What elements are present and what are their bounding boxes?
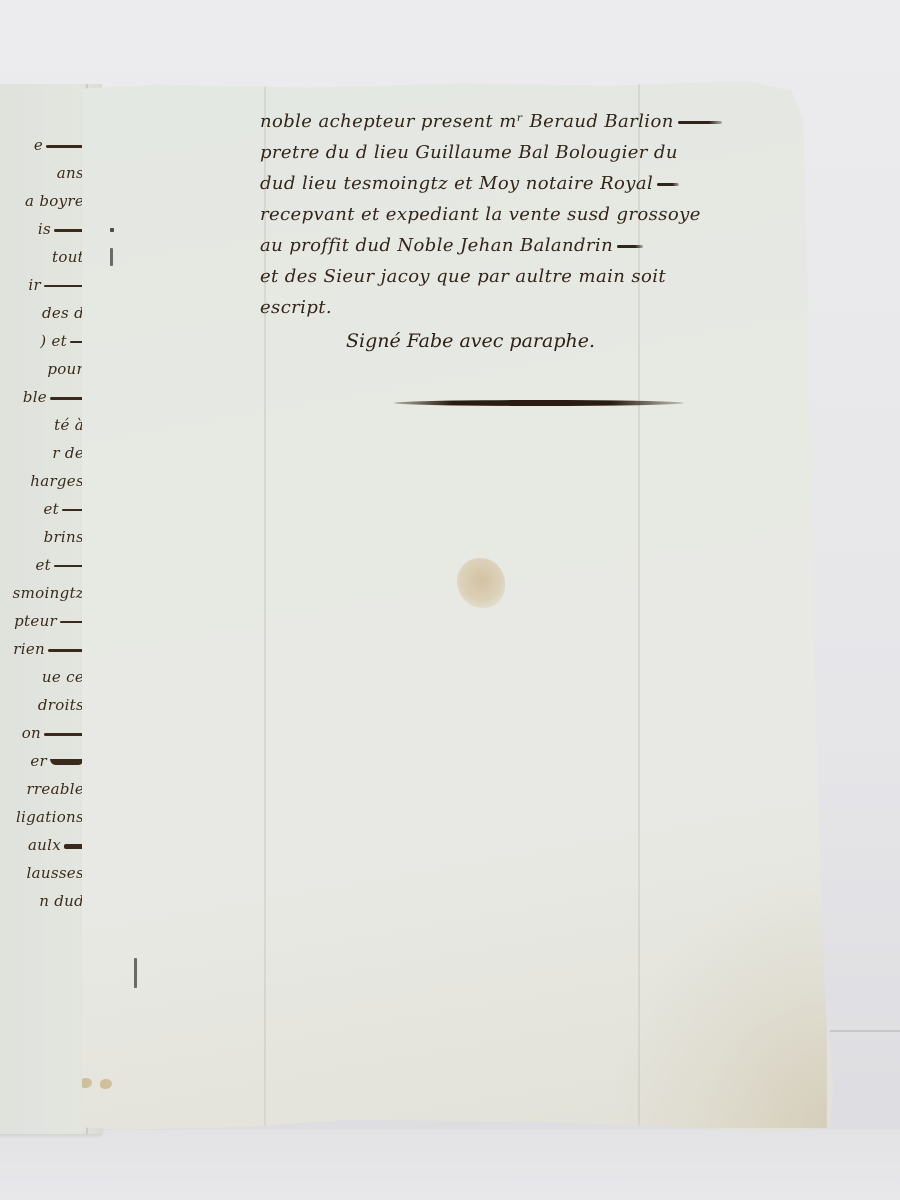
table-surface (0, 1130, 900, 1200)
left-fragment: droits (0, 696, 90, 724)
left-fragment: pteur (0, 612, 90, 640)
left-fragment: et (0, 500, 90, 528)
left-fragment: er (0, 752, 90, 780)
binding-stitch-top (110, 248, 113, 266)
left-fragment: brins (0, 528, 90, 556)
binding-stitch-bottom (134, 958, 137, 988)
small-stain (100, 1079, 112, 1089)
left-page-text: e ans a boyre is tout ir des d ) et pour… (0, 136, 90, 920)
left-fragment: a boyre (0, 192, 90, 220)
closing-flourish-stroke (394, 400, 684, 406)
left-fragment: is (0, 220, 90, 248)
left-fragment: n dud (0, 892, 90, 920)
left-fragment: e (0, 136, 90, 164)
left-fragment: aulx (0, 836, 90, 864)
left-fragment: ans (0, 164, 90, 192)
foxing-stain (457, 558, 505, 608)
left-fragment: ue ce (0, 668, 90, 696)
left-fragment: rien (0, 640, 90, 668)
left-fragment: des d (0, 304, 90, 332)
signature-line: Signé Fabe avec paraphe. (260, 323, 820, 359)
text-line-2: pretre du d lieu Guillaume Bal Bolougier… (260, 137, 820, 168)
edge-discoloration (607, 868, 827, 1128)
left-fragment: tout (0, 248, 90, 276)
wall-baseboard-line (830, 1030, 900, 1032)
right-page: noble achepteur present mʳ Beraud Barlio… (82, 78, 837, 1138)
left-fragment: smoingtz (0, 584, 90, 612)
left-fragment: ir (0, 276, 90, 304)
left-fragment: r de (0, 444, 90, 472)
text-line-1: noble achepteur present mʳ Beraud Barlio… (260, 106, 820, 137)
binding-stitch-dot (110, 228, 114, 232)
left-fragment: ligations (0, 808, 90, 836)
text-line-3: dud lieu tesmoingtz et Moy notaire Royal (260, 168, 820, 199)
photo-scene: e ans a boyre is tout ir des d ) et pour… (0, 0, 900, 1200)
text-line-4: recepvant et expediant la vente susd gro… (260, 199, 820, 230)
text-line-6: et des Sieur jacoy que par aultre main s… (260, 261, 820, 292)
left-fragment: pour (0, 360, 90, 388)
handwritten-text-block: noble achepteur present mʳ Beraud Barlio… (260, 106, 820, 359)
text-line-5: au proffit dud Noble Jehan Balandrin (260, 230, 820, 261)
left-fragment: ble (0, 388, 90, 416)
left-fragment: harges (0, 472, 90, 500)
left-fragment: ) et (0, 332, 90, 360)
left-fragment: lausses (0, 864, 90, 892)
left-fragment: et (0, 556, 90, 584)
left-fragment: rreable (0, 780, 90, 808)
text-line-7: escript. (260, 292, 820, 323)
left-fragment: té à (0, 416, 90, 444)
left-fragment: on (0, 724, 90, 752)
